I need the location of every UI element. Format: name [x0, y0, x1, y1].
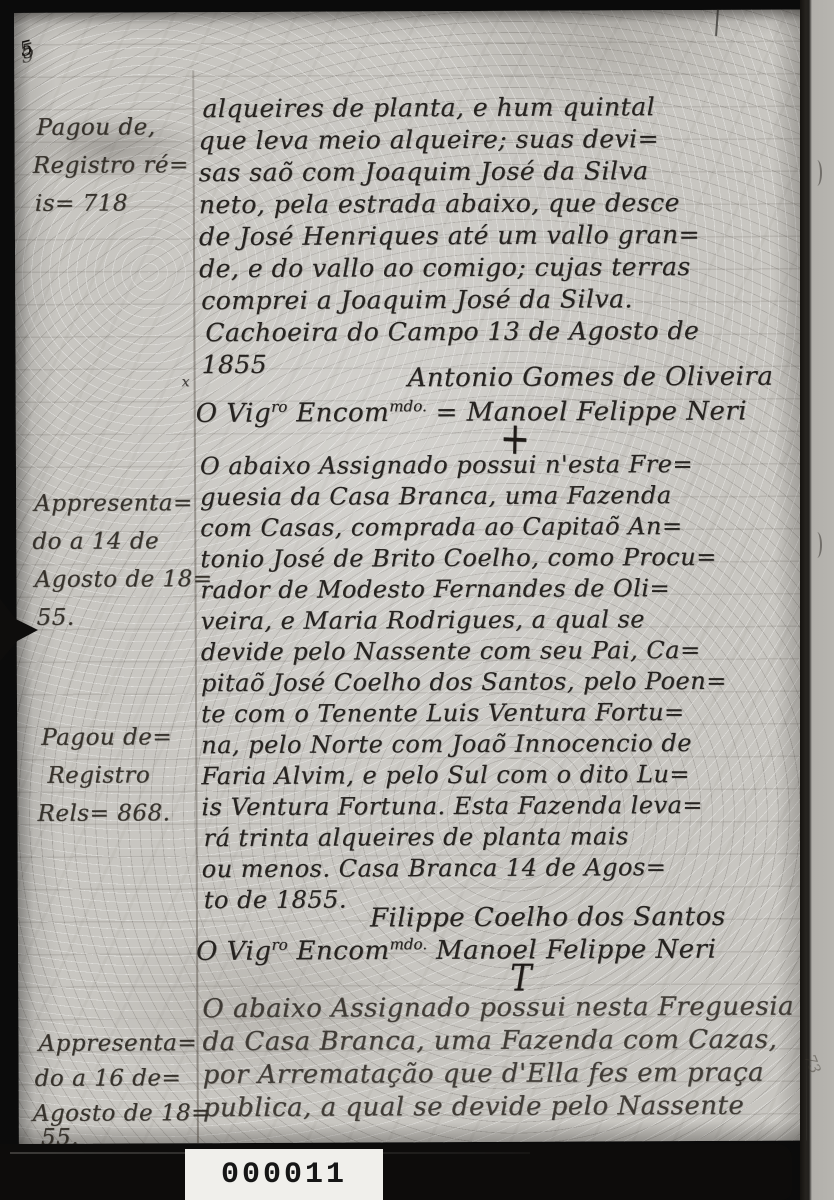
manuscript-line: ou menos. Casa Branca 14 de Agos=	[202, 853, 667, 883]
endorsement-text: O Vig	[196, 937, 271, 967]
binding-strip	[800, 0, 834, 1200]
endorsement-text: Encom	[287, 398, 389, 428]
manuscript-line: rá trinta alqueires de planta mais	[204, 822, 629, 852]
manuscript-line: da Casa Branca, uma Fazenda com Cazas,	[202, 1025, 777, 1058]
manuscript-line: O abaixo Assignado possui nesta Freguesi…	[202, 992, 794, 1025]
margin-note-line: is= 718	[35, 191, 128, 217]
endorsement-text: O Vig	[196, 399, 271, 429]
margin-note-line: Appresenta=	[38, 1030, 197, 1057]
endorsement-superscript: ro	[271, 398, 287, 416]
body-paragraph-3: O abaixo Assignado possui nesta Freguesi…	[14, 10, 802, 13]
stamp-number: 000011	[221, 1158, 347, 1192]
margin-note-line: 55.	[37, 605, 75, 631]
margin-note-line: Pagou de=	[41, 724, 172, 751]
margin-note-line: Pagou de,	[36, 114, 155, 141]
manuscript-line: alqueires de planta, e hum quintal	[202, 92, 655, 123]
margin-note-payment-718: Pagou de, Registro ré= is= 718	[14, 10, 802, 13]
manuscript-line: 1855	[201, 350, 267, 379]
margin-note-line: do a 16 de=	[35, 1065, 182, 1092]
margin-note-line: Rels= 868.	[37, 800, 170, 827]
archive-stamp: 000011	[185, 1149, 383, 1200]
binding-tick-mark	[812, 532, 822, 558]
manuscript-line: por Arrematação que d'Ella fes em praça	[203, 1058, 765, 1090]
manuscript-line: sas saõ com Joaquim José da Silva	[199, 156, 649, 187]
endorsement-superscript: mdo.	[390, 935, 428, 953]
margin-note-payment-868: Pagou de= Registro Rels= 868.	[14, 10, 802, 13]
margin-note-line: do a 14 de	[32, 528, 159, 555]
manuscript-line: is Ventura Fortuna. Esta Fazenda leva=	[201, 791, 703, 821]
margin-note-presented-aug-14: Appresenta= do a 14 de Agosto de 18= 55.	[14, 10, 802, 13]
body-paragraph-2: O abaixo Assignado possui n'esta Fre= gu…	[14, 10, 802, 13]
vicar-endorsement-1: O Vigro Encommdo. = Manoel Felippe Neri	[196, 396, 747, 429]
margin-note-line: Registro	[47, 762, 150, 788]
manuscript-line: que leva meio alqueire; suas devi=	[198, 124, 659, 155]
margin-note-presented-aug-16: Appresenta= do a 16 de= Agosto de 18= 55…	[14, 10, 802, 13]
margin-note-line: Appresenta=	[34, 490, 193, 517]
margin-rule-line	[192, 70, 199, 1143]
manuscript-line: na, pelo Norte com Joaõ Innocencio de	[201, 729, 692, 759]
manuscript-line: Faria Alvim, e pelo Sul com o dito Lu=	[201, 760, 690, 790]
manuscript-line: veira, e Maria Rodrigues, a qual se	[201, 605, 645, 635]
manuscript-line: guesia da Casa Branca, uma Fazenda	[200, 481, 672, 511]
manuscript-line: publica, a qual se devide pelo Nassente	[203, 1091, 745, 1123]
manuscript-line: comprei a Joaquim José da Silva.	[201, 284, 633, 315]
manuscript-line: tonio José de Brito Coelho, como Procu=	[200, 543, 717, 573]
endorsement-text: = Manoel Felippe Neri	[427, 396, 747, 427]
manuscript-line: devide pelo Nassente com seu Pai, Ca=	[201, 636, 701, 666]
margin-note-line: Registro ré=	[33, 152, 189, 179]
endorsement-superscript: mdo.	[389, 397, 427, 415]
margin-note-line: 55.	[41, 1125, 79, 1144]
margin-note-line: Agosto de 18=	[33, 1100, 211, 1127]
signature-filippe-coelho: Filippe Coelho dos Santos	[370, 902, 726, 934]
body-paragraph-1: alqueires de planta, e hum quintal que l…	[14, 10, 802, 13]
x-mark: x	[182, 374, 190, 390]
archive-scan-viewport: { "page": { "background_color": "#0b0b0b…	[0, 0, 834, 1200]
manuscript-line: de, e do vallo ao comigo; cujas terras	[199, 252, 691, 283]
endorsement-text: Manoel Felippe Neri	[427, 935, 716, 966]
manuscript-line: rador de Modesto Fernandes de Oli=	[200, 574, 670, 604]
binding-tick-mark	[812, 160, 822, 186]
manuscript-line: to de 1855.	[204, 886, 347, 915]
manuscript-line: neto, pela estrada abaixo, que desce	[199, 188, 680, 219]
paper: Pagou de, Registro ré= is= 718 Appresent…	[14, 10, 807, 1144]
endorsement-superscript: ro	[271, 936, 287, 954]
manuscript-line: de José Henriques até um vallo gran=	[199, 220, 700, 251]
margin-note-line: Agosto de 18=	[34, 566, 212, 593]
manuscript-line: O abaixo Assignado possui n'esta Fre=	[200, 450, 693, 480]
signature-antonio-gomes: Antonio Gomes de Oliveira	[408, 362, 774, 394]
manuscript-line: pitaõ José Coelho dos Santos, pelo Poen=	[201, 667, 727, 697]
manuscript-line: com Casas, comprada ao Capitaõ An=	[200, 512, 682, 542]
manuscript-line: te com o Tenente Luis Ventura Fortu=	[201, 698, 685, 728]
vicar-endorsement-2: O Vigro Encommdo. Manoel Felippe Neri	[196, 934, 716, 967]
bottom-scan-band	[0, 1144, 792, 1200]
endorsement-text: Encom	[288, 936, 390, 966]
manuscript-line: Cachoeira do Campo 13 de Agosto de	[205, 316, 699, 347]
